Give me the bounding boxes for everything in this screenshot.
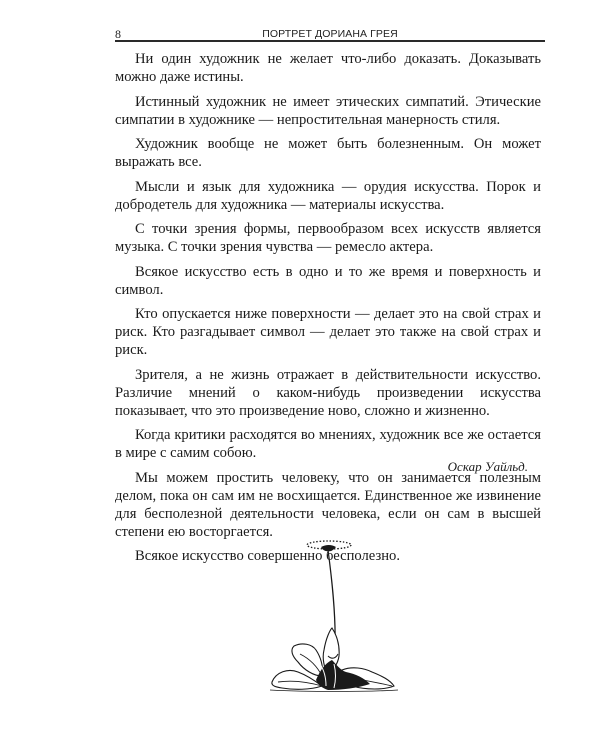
author-signature: Оскар Уайльд.	[420, 459, 528, 475]
paragraph: Зрителя, а не жизнь отражает в действите…	[115, 366, 541, 420]
paragraph: Когда критики расходятся во мнениях, худ…	[115, 426, 541, 462]
paragraph: Художник вообще не может быть болезненны…	[115, 135, 541, 171]
paragraph: С точки зрения формы, первообразом всех …	[115, 220, 541, 256]
running-head: 8 ПОРТРЕТ ДОРИАНА ГРЕЯ	[115, 27, 545, 41]
body-text: Ни один художник не желает что-либо дока…	[115, 50, 541, 572]
header-rule	[115, 40, 545, 42]
paragraph: Ни один художник не желает что-либо дока…	[115, 50, 541, 86]
paragraph: Кто опускается ниже поверхности — делает…	[115, 305, 541, 359]
book-page: 8 ПОРТРЕТ ДОРИАНА ГРЕЯ Ни один художник …	[0, 0, 600, 750]
paragraph: Истинный художник не имеет этических сим…	[115, 93, 541, 129]
paragraph: Всякое искусство есть в одно и то же вре…	[115, 263, 541, 299]
paragraph: Мысли и язык для художника — орудия иску…	[115, 178, 541, 214]
book-title: ПОРТРЕТ ДОРИАНА ГРЕЯ	[115, 28, 545, 40]
daisy-flower-icon	[266, 530, 406, 695]
